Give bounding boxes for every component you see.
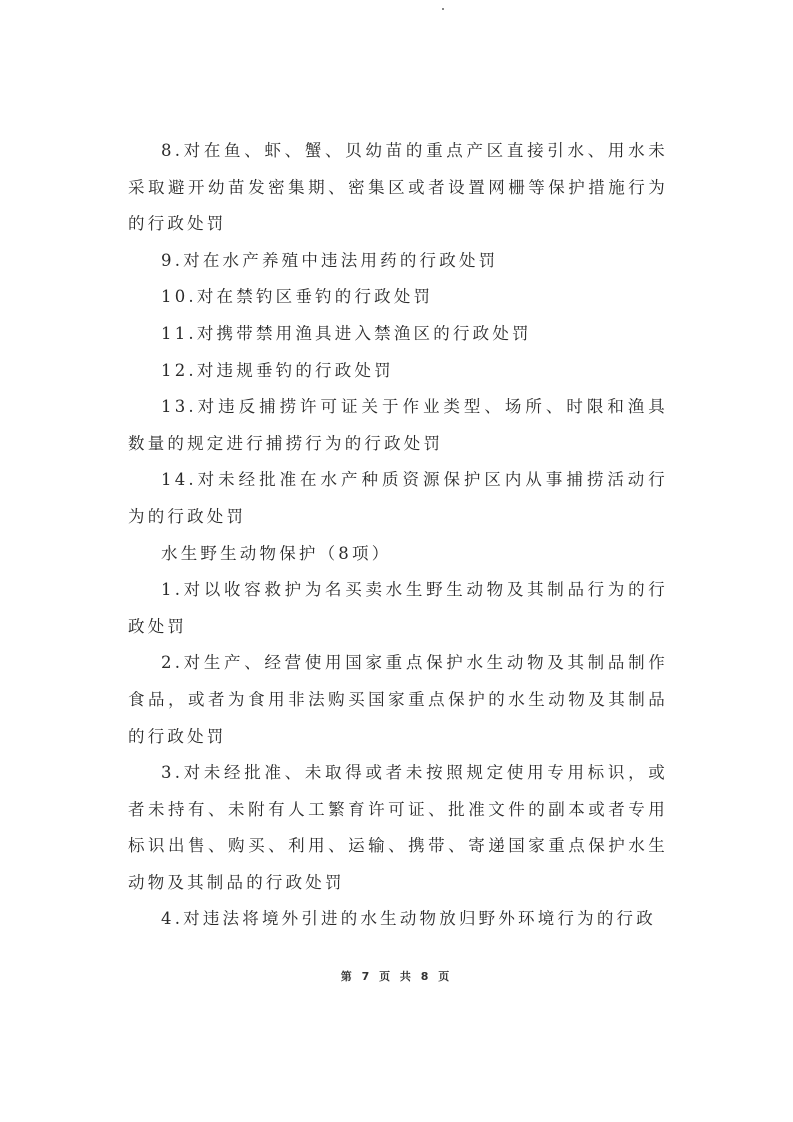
paragraph-wildlife-4: 4.对违法将境外引进的水生动物放归野外环境行为的行政 [128,901,668,938]
page-number-footer: 第 7 页 共 8 页 [0,968,793,984]
document-body: 8.对在鱼、虾、蟹、贝幼苗的重点产区直接引水、用水未采取避开幼苗发密集期、密集区… [128,133,668,938]
paragraph-item-11: 11.对携带禁用渔具进入禁渔区的行政处罚 [128,316,668,353]
section-heading: 水生野生动物保护（8项） [128,536,668,573]
paragraph-item-8: 8.对在鱼、虾、蟹、贝幼苗的重点产区直接引水、用水未采取避开幼苗发密集期、密集区… [128,133,668,243]
paragraph-item-10: 10.对在禁钓区垂钓的行政处罚 [128,279,668,316]
paragraph-wildlife-1: 1.对以收容救护为名买卖水生野生动物及其制品行为的行政处罚 [128,572,668,645]
paragraph-wildlife-2: 2.对生产、经营使用国家重点保护水生动物及其制品制作食品，或者为食用非法购买国家… [128,645,668,755]
scan-speck [442,8,444,10]
paragraph-item-13: 13.对违反捕捞许可证关于作业类型、场所、时限和渔具数量的规定进行捕捞行为的行政… [128,389,668,462]
paragraph-item-14: 14.对未经批准在水产种质资源保护区内从事捕捞活动行为的行政处罚 [128,462,668,535]
paragraph-item-12: 12.对违规垂钓的行政处罚 [128,353,668,390]
paragraph-wildlife-3: 3.对未经批准、未取得或者未按照规定使用专用标识，或者未持有、未附有人工繁育许可… [128,755,668,901]
paragraph-item-9: 9.对在水产养殖中违法用药的行政处罚 [128,243,668,280]
